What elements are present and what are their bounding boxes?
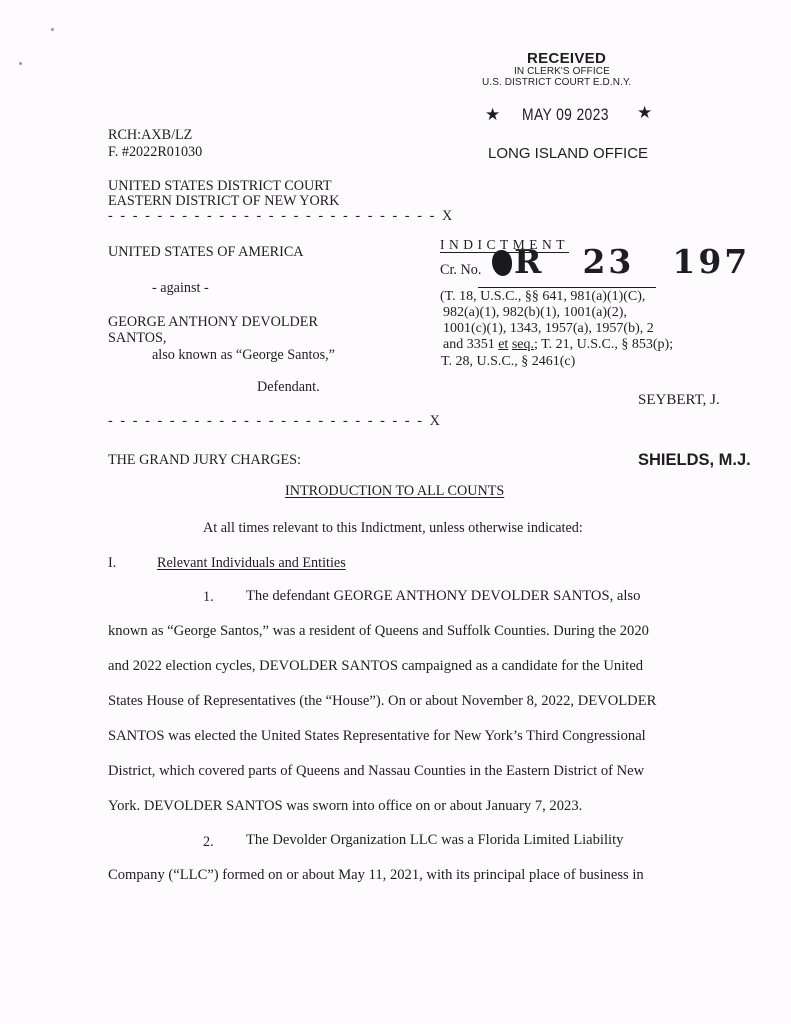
- statute-line: 982(a)(1), 982(b)(1), 1001(a)(2),: [443, 305, 627, 321]
- statute-line: 1001(c)(1), 1343, 1957(a), 1957(b), 2: [443, 321, 654, 337]
- case-number-label: Cr. No.: [440, 262, 481, 279]
- statute-line: and 3351 et seq.; T. 21, U.S.C., § 853(p…: [443, 337, 673, 353]
- case-number: R23197: [514, 242, 750, 281]
- intro-heading: INTRODUCTION TO ALL COUNTS: [285, 483, 504, 500]
- stamp-title: RECEIVED: [527, 50, 606, 67]
- statute-line: T. 28, U.S.C., § 2461(c): [441, 354, 575, 370]
- paragraph-line: and 2022 election cycles, DEVOLDER SANTO…: [108, 658, 643, 675]
- section-number: I.: [108, 555, 116, 572]
- paragraph-line: The defendant GEORGE ANTHONY DEVOLDER SA…: [246, 588, 640, 605]
- district-judge: SEYBERT, J.: [638, 392, 720, 409]
- paragraph-line: The Devolder Organization LLC was a Flor…: [246, 832, 623, 849]
- stamp-court: U.S. DISTRICT COURT E.D.N.Y.: [482, 77, 631, 88]
- case-year: 23: [582, 242, 634, 281]
- defendant-name: GEORGE ANTHONY DEVOLDER: [108, 314, 318, 331]
- caption-divider-bottom: - - - - - - - - - - - - - - - - - - - - …: [108, 413, 442, 430]
- star-icon: ★: [637, 103, 652, 123]
- paragraph-line: known as “George Santos,” was a resident…: [108, 623, 649, 640]
- scan-speck: [19, 62, 22, 65]
- stamp-clerk-office: IN CLERK'S OFFICE: [514, 66, 610, 77]
- versus: - against -: [152, 280, 209, 297]
- plaintiff: UNITED STATES OF AMERICA: [108, 244, 304, 261]
- stamp-office: LONG ISLAND OFFICE: [488, 145, 648, 162]
- case-number-underline: [478, 287, 656, 288]
- paragraph-line: York. DEVOLDER SANTOS was sworn into off…: [108, 798, 582, 815]
- intro-text: At all times relevant to this Indictment…: [203, 520, 583, 537]
- file-number: F. #2022R01030: [108, 144, 202, 161]
- defendant-label: Defendant.: [257, 379, 320, 396]
- defendant-aka: also known as “George Santos,”: [152, 347, 335, 364]
- section-title: Relevant Individuals and Entities: [157, 555, 346, 572]
- paragraph-line: District, which covered parts of Queens …: [108, 763, 644, 780]
- attorney-initials: RCH:AXB/LZ: [108, 127, 192, 144]
- magistrate-judge: SHIELDS, M.J.: [638, 451, 751, 470]
- paragraph-number: 1.: [203, 589, 214, 606]
- stamp-date: MAY 09 2023: [522, 105, 609, 125]
- grand-jury-charges: THE GRAND JURY CHARGES:: [108, 452, 301, 469]
- paragraph-line: States House of Representatives (the “Ho…: [108, 693, 656, 710]
- case-seq: 197: [672, 242, 750, 281]
- defendant-name-cont: SANTOS,: [108, 330, 166, 347]
- paragraph-number: 2.: [203, 834, 214, 851]
- paragraph-line: SANTOS was elected the United States Rep…: [108, 728, 646, 745]
- statute-line: (T. 18, U.S.C., §§ 641, 981(a)(1)(C),: [440, 289, 645, 305]
- scan-speck: [51, 28, 54, 31]
- caption-divider-top: - - - - - - - - - - - - - - - - - - - - …: [108, 208, 454, 225]
- stamp-ink-blot: [492, 250, 512, 276]
- star-icon: ★: [485, 105, 500, 125]
- paragraph-line: Company (“LLC”) formed on or about May 1…: [108, 867, 644, 884]
- case-prefix: R: [514, 242, 544, 281]
